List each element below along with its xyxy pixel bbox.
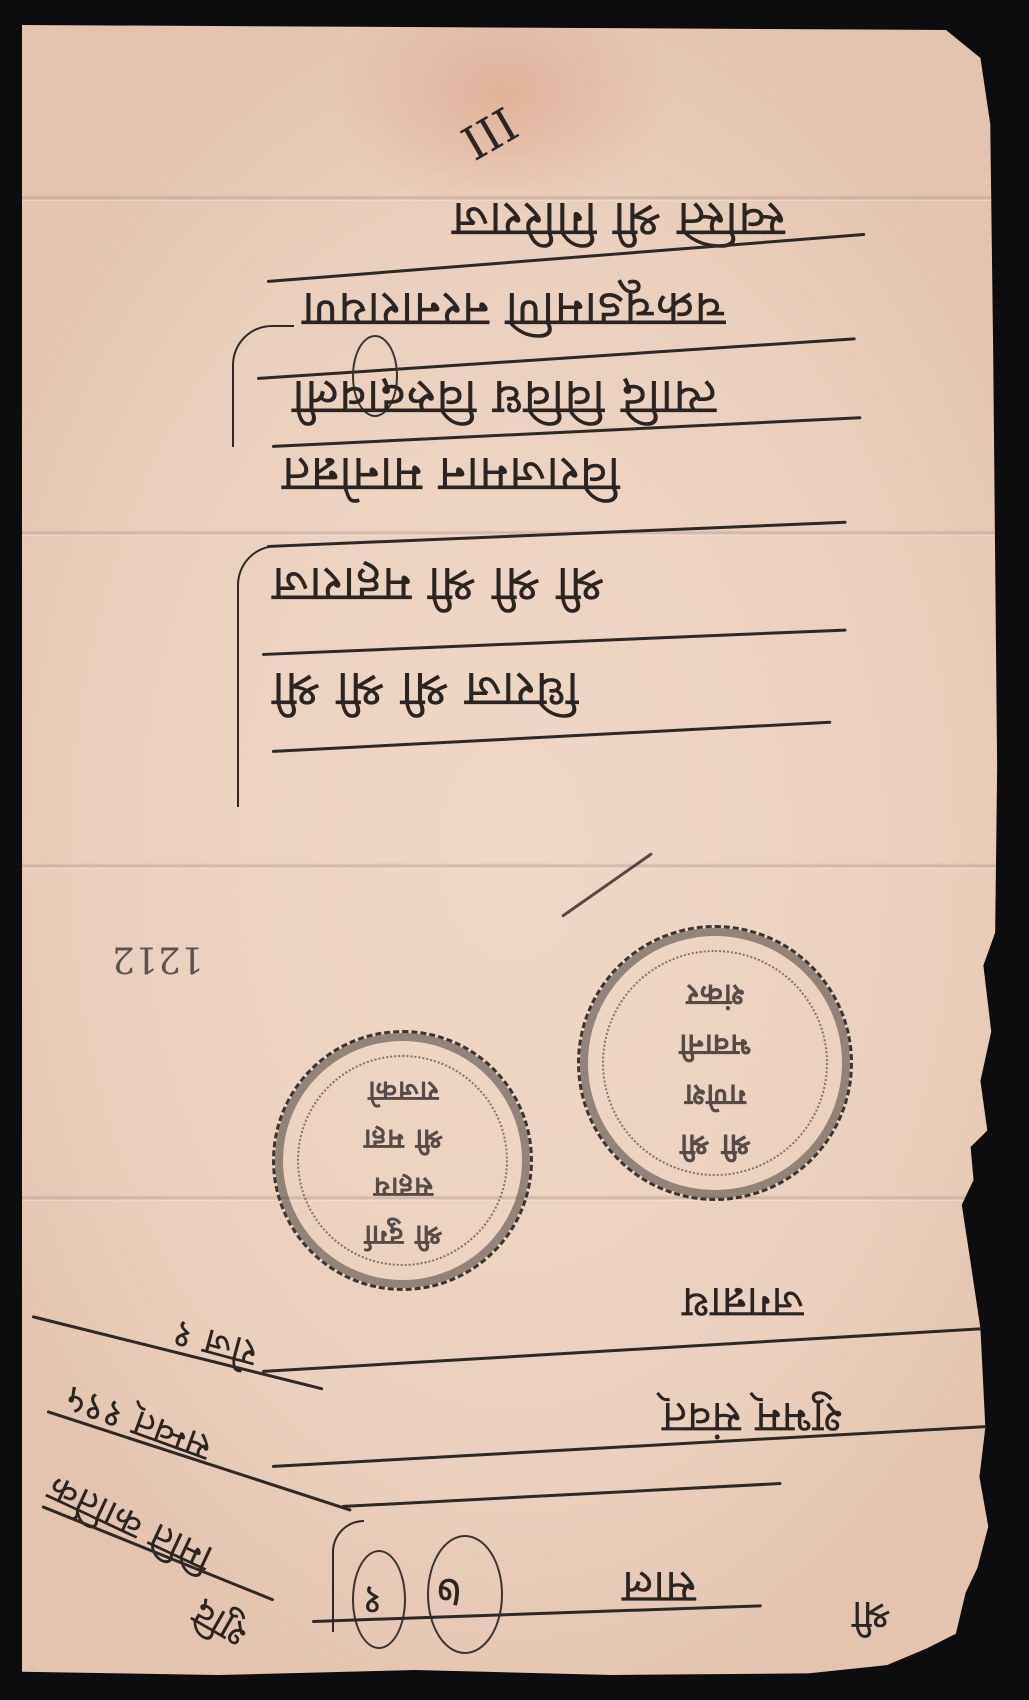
bracket-curve [232,325,294,447]
bottom-text: साल [622,1565,696,1611]
manuscript-paper: III स्वस्ति श्री गिरिराज चक्रचूडामणि नरन… [22,25,1005,1675]
right-seal: शंकर भवानी गणेश श्री श्री [577,925,853,1201]
circled-number-1: १ [362,1580,383,1620]
lower-left-line-3: मिति कार्तिक [42,1470,217,1579]
fold-line [22,863,1005,869]
text-line-3: त्यादि विविध विरुदावली [292,373,717,423]
left-seal: राजको श्री महा सहाय श्री दुर्गा [272,1030,533,1291]
underline [262,629,847,656]
text-line-2: चक्रचूडामणि नरनारायण [302,285,726,335]
bracket-curve [332,1520,364,1632]
circled-number-2: ७ [437,1570,461,1616]
lower-right-line-1: जगन्नाथ [682,1280,804,1324]
text-line-4: विराजमान मानोन्नत [282,450,620,500]
text-line-5: श्री श्री श्री महाराज [272,560,605,610]
lower-left-line-4: शुदि [186,1594,253,1655]
text-line-1: स्वस्ति श्री गिरिराज [452,195,785,245]
lower-right-line-2: शुभम् संवत् [662,1395,842,1439]
underline [262,1326,1001,1373]
lower-left-line-1: रोज १ [169,1315,261,1374]
underline [272,1424,1001,1468]
top-mark: III [454,99,524,166]
bottom-right-mark: श्री [852,1595,891,1635]
underline [272,721,831,753]
text-line-6: धिराज श्री श्री श्री [272,665,579,715]
underline [342,1482,782,1508]
side-annotation: 1212 [112,940,204,976]
bracket-curve [237,545,289,807]
seal-stroke [561,852,653,918]
